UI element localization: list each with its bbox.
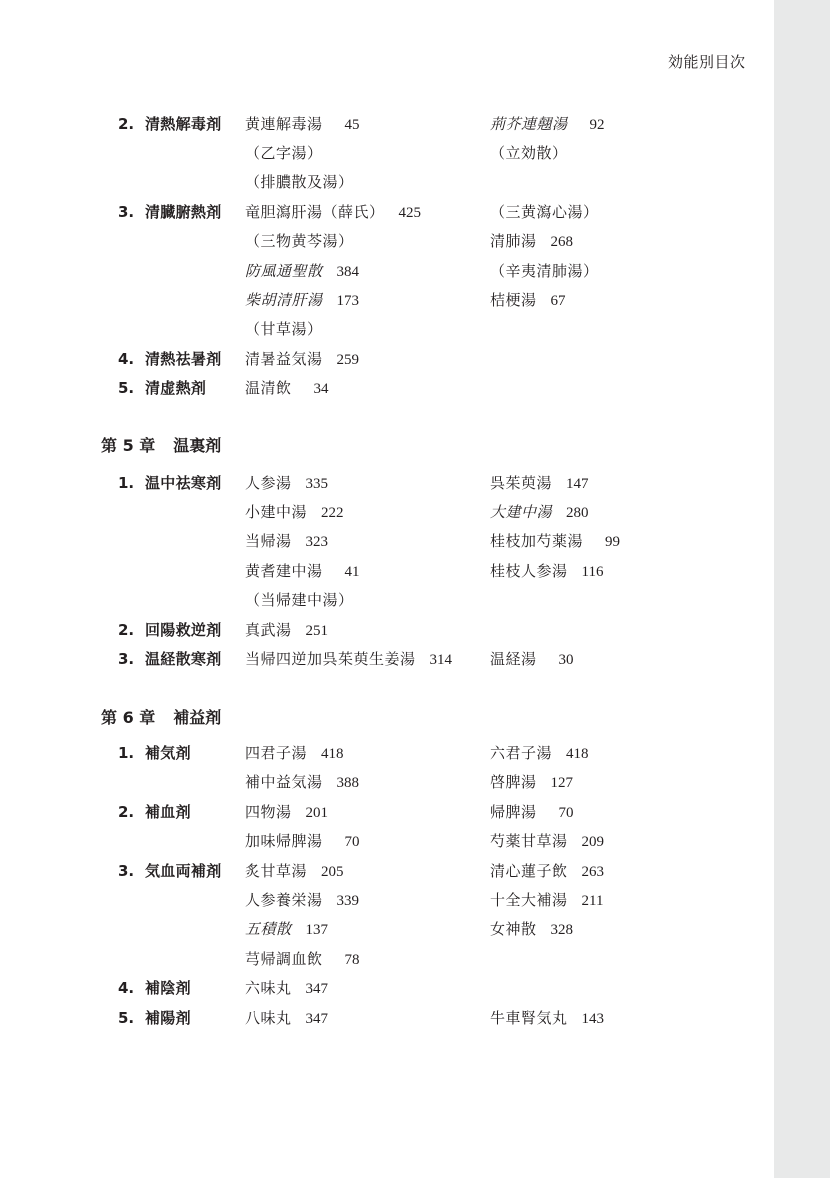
- toc-row: 2.回陽救逆剤真武湯251: [0, 618, 774, 642]
- formula-entry[interactable]: 清暑益気湯259: [245, 347, 359, 372]
- formula-name: 荊芥連翹湯: [490, 115, 568, 133]
- toc-row: 1.補気剤四君子湯418六君子湯418: [0, 741, 774, 765]
- category-number: 2.: [118, 800, 134, 824]
- toc-row: 当帰湯323桂枝加芍薬湯99: [0, 529, 774, 553]
- formula-entry[interactable]: 大建中湯280: [490, 500, 589, 525]
- formula-name: 黄連解毒湯: [245, 115, 323, 133]
- toc-row: 3.温経散寒剤当帰四逆加呉茱萸生姜湯314温経湯30: [0, 647, 774, 671]
- formula-name: 清暑益気湯: [245, 350, 323, 368]
- category-name: 補気剤: [145, 741, 191, 765]
- page-number: 323: [306, 534, 329, 550]
- formula-entry[interactable]: （排膿散及湯）: [245, 170, 354, 194]
- formula-entry[interactable]: 防風通聖散384: [245, 259, 359, 284]
- page-number: 388: [337, 775, 360, 791]
- page-number: 418: [566, 746, 589, 762]
- formula-name: （立効散）: [490, 144, 568, 162]
- formula-name: 小建中湯: [245, 503, 307, 521]
- formula-entry[interactable]: 温清飲34: [245, 376, 329, 401]
- formula-entry[interactable]: 呉茱萸湯147: [490, 471, 589, 496]
- formula-name: （三黄瀉心湯）: [490, 203, 599, 221]
- formula-name: 人参湯: [245, 474, 292, 492]
- formula-entry[interactable]: 清肺湯268: [490, 229, 573, 254]
- category-name: 回陽救逆剤: [145, 618, 222, 642]
- formula-entry[interactable]: 啓脾湯127: [490, 770, 573, 795]
- formula-name: 牛車腎気丸: [490, 1009, 568, 1027]
- page-number: 30: [559, 652, 574, 668]
- page-number: 280: [566, 505, 589, 521]
- toc-row: 3.気血両補剤炙甘草湯205清心蓮子飲263: [0, 859, 774, 883]
- toc-row: 4.補陰剤六味丸347: [0, 976, 774, 1000]
- chapter-title: 補益剤: [173, 708, 221, 727]
- toc-row: （乙字湯）（立効散）: [0, 141, 774, 165]
- page-number: 127: [551, 775, 574, 791]
- formula-name: 補中益気湯: [245, 773, 323, 791]
- page-number: 418: [321, 746, 344, 762]
- formula-entry[interactable]: （甘草湯）: [245, 317, 323, 341]
- category-name: 清臓腑熱剤: [145, 200, 222, 224]
- formula-entry[interactable]: 柴胡清肝湯173: [245, 288, 359, 313]
- formula-name: 帰脾湯: [490, 803, 537, 821]
- toc-row: 3.清臓腑熱剤竜胆瀉肝湯（薛氏）425（三黄瀉心湯）: [0, 200, 774, 224]
- category-number: 1.: [118, 471, 134, 495]
- page-number: 209: [582, 834, 605, 850]
- toc-row: 4.清熱祛暑剤清暑益気湯259: [0, 347, 774, 371]
- toc-row: 芎帰調血飲78: [0, 947, 774, 971]
- page-number: 314: [430, 652, 453, 668]
- toc-row: 5.補陽剤八味丸347牛車腎気丸143: [0, 1006, 774, 1030]
- chapter-label: 第 6 章: [101, 708, 155, 727]
- formula-name: 十全大補湯: [490, 891, 568, 909]
- toc-row: （甘草湯）: [0, 317, 774, 341]
- formula-entry[interactable]: 温経湯30: [490, 647, 574, 672]
- formula-entry[interactable]: 牛車腎気丸143: [490, 1006, 604, 1031]
- formula-entry[interactable]: 五積散137: [245, 917, 328, 942]
- formula-entry[interactable]: 桂枝加芍薬湯99: [490, 529, 620, 554]
- formula-entry[interactable]: 炙甘草湯205: [245, 859, 344, 884]
- formula-name: 当帰四逆加呉茱萸生姜湯: [245, 650, 416, 668]
- formula-name: （三物黄芩湯）: [245, 232, 354, 250]
- page-number: 222: [321, 505, 344, 521]
- formula-name: 柴胡清肝湯: [245, 291, 323, 309]
- page-number: 328: [551, 922, 574, 938]
- page-number: 67: [551, 293, 566, 309]
- toc-row: 黄耆建中湯41桂枝人参湯116: [0, 559, 774, 583]
- formula-entry[interactable]: 荊芥連翹湯92: [490, 112, 605, 137]
- formula-entry[interactable]: 清心蓮子飲263: [490, 859, 604, 884]
- formula-entry[interactable]: 四物湯201: [245, 800, 328, 825]
- page-number: 384: [337, 264, 360, 280]
- formula-entry[interactable]: 十全大補湯211: [490, 888, 603, 913]
- category-number: 4.: [118, 347, 134, 371]
- toc-row: 加味帰脾湯70芍薬甘草湯209: [0, 829, 774, 853]
- page-number: 251: [306, 623, 329, 639]
- formula-entry[interactable]: 当帰湯323: [245, 529, 328, 554]
- page-number: 347: [306, 981, 329, 997]
- page-number: 143: [582, 1011, 605, 1027]
- chapter-heading: 第 5 章温裏剤: [101, 433, 221, 459]
- formula-entry[interactable]: 六君子湯418: [490, 741, 589, 766]
- formula-entry[interactable]: （辛夷清肺湯）: [490, 259, 599, 283]
- page-number: 339: [337, 893, 360, 909]
- formula-name: 八味丸: [245, 1009, 292, 1027]
- page-number: 92: [590, 117, 605, 133]
- formula-name: 温経湯: [490, 650, 537, 668]
- toc-row: （当帰建中湯）: [0, 588, 774, 612]
- formula-entry[interactable]: （立効散）: [490, 141, 568, 165]
- category-name: 気血両補剤: [145, 859, 222, 883]
- toc-row: 1.温中祛寒剤人参湯335呉茱萸湯147: [0, 471, 774, 495]
- formula-name: 芎帰調血飲: [245, 950, 323, 968]
- formula-name: 啓脾湯: [490, 773, 537, 791]
- formula-name: 呉茱萸湯: [490, 474, 552, 492]
- page-edge-strip: [774, 0, 830, 1178]
- page-number: 147: [566, 476, 589, 492]
- page-number: 335: [306, 476, 329, 492]
- category-number: 5.: [118, 1006, 134, 1030]
- formula-entry[interactable]: 黄耆建中湯41: [245, 559, 360, 584]
- page-number: 99: [605, 534, 620, 550]
- toc-row: 補中益気湯388啓脾湯127: [0, 770, 774, 794]
- toc-row: （三物黄芩湯）清肺湯268: [0, 229, 774, 253]
- formula-entry[interactable]: 桂枝人参湯116: [490, 559, 603, 584]
- page-number: 425: [399, 205, 422, 221]
- category-number: 3.: [118, 647, 134, 671]
- formula-entry[interactable]: （当帰建中湯）: [245, 588, 354, 612]
- formula-name: 女神散: [490, 920, 537, 938]
- formula-entry[interactable]: 加味帰脾湯70: [245, 829, 360, 854]
- formula-entry[interactable]: 帰脾湯70: [490, 800, 574, 825]
- formula-name: 温清飲: [245, 379, 292, 397]
- formula-name: 桂枝人参湯: [490, 562, 568, 580]
- formula-name: 炙甘草湯: [245, 862, 307, 880]
- category-name: 清熱祛暑剤: [145, 347, 222, 371]
- page-number: 41: [345, 564, 360, 580]
- formula-entry[interactable]: 芎帰調血飲78: [245, 947, 360, 972]
- category-name: 温経散寒剤: [145, 647, 222, 671]
- formula-name: （乙字湯）: [245, 144, 323, 162]
- formula-name: 防風通聖散: [245, 262, 323, 280]
- formula-name: 六味丸: [245, 979, 292, 997]
- page-number: 205: [321, 864, 344, 880]
- chapter-heading: 第 6 章補益剤: [101, 705, 221, 731]
- formula-entry[interactable]: （乙字湯）: [245, 141, 323, 165]
- page-number: 116: [582, 564, 604, 580]
- formula-entry[interactable]: 六味丸347: [245, 976, 328, 1001]
- toc-row: 2.補血剤四物湯201帰脾湯70: [0, 800, 774, 824]
- page-number: 347: [306, 1011, 329, 1027]
- formula-entry[interactable]: 黄連解毒湯45: [245, 112, 360, 137]
- page-number: 34: [314, 381, 329, 397]
- formula-name: 四君子湯: [245, 744, 307, 762]
- formula-entry[interactable]: 小建中湯222: [245, 500, 344, 525]
- chapter-label: 第 5 章: [101, 436, 155, 455]
- category-name: 補陽剤: [145, 1006, 191, 1030]
- formula-name: （当帰建中湯）: [245, 591, 354, 609]
- page-number: 211: [582, 893, 604, 909]
- formula-entry[interactable]: 八味丸347: [245, 1006, 328, 1031]
- category-number: 2.: [118, 618, 134, 642]
- page-number: 78: [345, 952, 360, 968]
- page-number: 45: [345, 117, 360, 133]
- category-number: 3.: [118, 859, 134, 883]
- formula-entry[interactable]: 四君子湯418: [245, 741, 344, 766]
- page-number: 173: [337, 293, 360, 309]
- formula-name: 清心蓮子飲: [490, 862, 568, 880]
- formula-name: （排膿散及湯）: [245, 173, 354, 191]
- formula-name: 五積散: [245, 920, 292, 938]
- formula-name: 真武湯: [245, 621, 292, 639]
- category-number: 5.: [118, 376, 134, 400]
- formula-entry[interactable]: （三黄瀉心湯）: [490, 200, 599, 224]
- toc-row: 柴胡清肝湯173桔梗湯67: [0, 288, 774, 312]
- toc-row: 小建中湯222大建中湯280: [0, 500, 774, 524]
- formula-entry[interactable]: 竜胆瀉肝湯（薛氏）425: [245, 200, 421, 225]
- page-number: 268: [551, 234, 574, 250]
- formula-name: 加味帰脾湯: [245, 832, 323, 850]
- formula-entry[interactable]: （三物黄芩湯）: [245, 229, 354, 253]
- category-name: 温中祛寒剤: [145, 471, 222, 495]
- toc-row: 防風通聖散384（辛夷清肺湯）: [0, 259, 774, 283]
- category-number: 1.: [118, 741, 134, 765]
- formula-entry[interactable]: 真武湯251: [245, 618, 328, 643]
- formula-entry[interactable]: 芍薬甘草湯209: [490, 829, 604, 854]
- formula-name: （辛夷清肺湯）: [490, 262, 599, 280]
- page-number: 201: [306, 805, 329, 821]
- category-name: 補血剤: [145, 800, 191, 824]
- page-number: 259: [337, 352, 360, 368]
- formula-name: 芍薬甘草湯: [490, 832, 568, 850]
- toc-row: （排膿散及湯）: [0, 170, 774, 194]
- running-head: 効能別目次: [668, 51, 746, 72]
- toc-row: 五積散137女神散328: [0, 917, 774, 941]
- chapter-title: 温裏剤: [173, 436, 221, 455]
- page-number: 70: [559, 805, 574, 821]
- formula-entry[interactable]: 人参湯335: [245, 471, 328, 496]
- toc-row: 5.清虚熱剤温清飲34: [0, 376, 774, 400]
- formula-name: 桔梗湯: [490, 291, 537, 309]
- formula-name: 黄耆建中湯: [245, 562, 323, 580]
- toc-row: 人参養栄湯339十全大補湯211: [0, 888, 774, 912]
- formula-name: 人参養栄湯: [245, 891, 323, 909]
- formula-name: 四物湯: [245, 803, 292, 821]
- formula-name: 大建中湯: [490, 503, 552, 521]
- formula-name: 桂枝加芍薬湯: [490, 532, 583, 550]
- category-number: 2.: [118, 112, 134, 136]
- formula-name: 当帰湯: [245, 532, 292, 550]
- category-name: 清虚熱剤: [145, 376, 206, 400]
- category-number: 3.: [118, 200, 134, 224]
- page-number: 70: [345, 834, 360, 850]
- toc-row: 2.清熱解毒剤黄連解毒湯45荊芥連翹湯92: [0, 112, 774, 136]
- formula-name: 清肺湯: [490, 232, 537, 250]
- formula-name: 六君子湯: [490, 744, 552, 762]
- category-name: 清熱解毒剤: [145, 112, 222, 136]
- page-number: 263: [582, 864, 605, 880]
- formula-entry[interactable]: 当帰四逆加呉茱萸生姜湯314: [245, 647, 452, 672]
- formula-entry[interactable]: 補中益気湯388: [245, 770, 359, 795]
- formula-entry[interactable]: 女神散328: [490, 917, 573, 942]
- category-name: 補陰剤: [145, 976, 191, 1000]
- formula-name: 竜胆瀉肝湯（薛氏）: [245, 203, 385, 221]
- page-number: 137: [306, 922, 329, 938]
- formula-entry[interactable]: 桔梗湯67: [490, 288, 566, 313]
- formula-name: （甘草湯）: [245, 320, 323, 338]
- category-number: 4.: [118, 976, 134, 1000]
- formula-entry[interactable]: 人参養栄湯339: [245, 888, 359, 913]
